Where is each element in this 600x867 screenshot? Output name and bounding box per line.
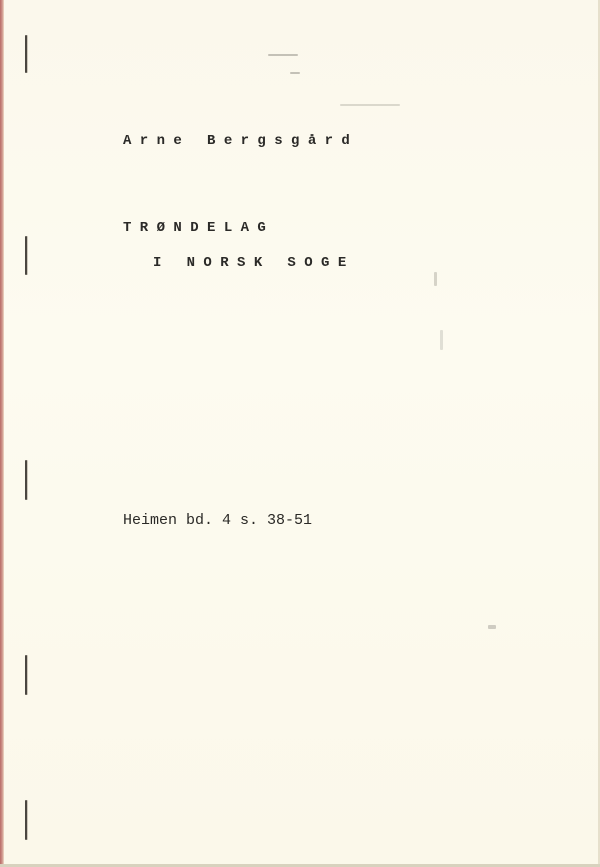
binding-edge: [0, 0, 4, 867]
paper-mark: [434, 272, 437, 286]
paper-mark: [488, 625, 496, 629]
paper-mark: [340, 104, 400, 106]
staple-icon: [25, 460, 27, 500]
staple-icon: [25, 236, 27, 275]
staple-icon: [25, 35, 27, 73]
staple-icon: [25, 655, 27, 695]
paper-mark: [268, 54, 298, 56]
author-name: A r n e B e r g s g å r d: [123, 133, 350, 149]
paper-mark: [290, 72, 300, 74]
title-line-1: T R Ø N D E L A G: [123, 220, 266, 236]
paper-mark: [440, 330, 443, 350]
title-line-2: I N O R S K S O G E: [153, 255, 346, 271]
source-reference: Heimen bd. 4 s. 38-51: [123, 512, 312, 529]
document-page: A r n e B e r g s g å r d T R Ø N D E L …: [0, 0, 600, 867]
staple-icon: [25, 800, 27, 840]
